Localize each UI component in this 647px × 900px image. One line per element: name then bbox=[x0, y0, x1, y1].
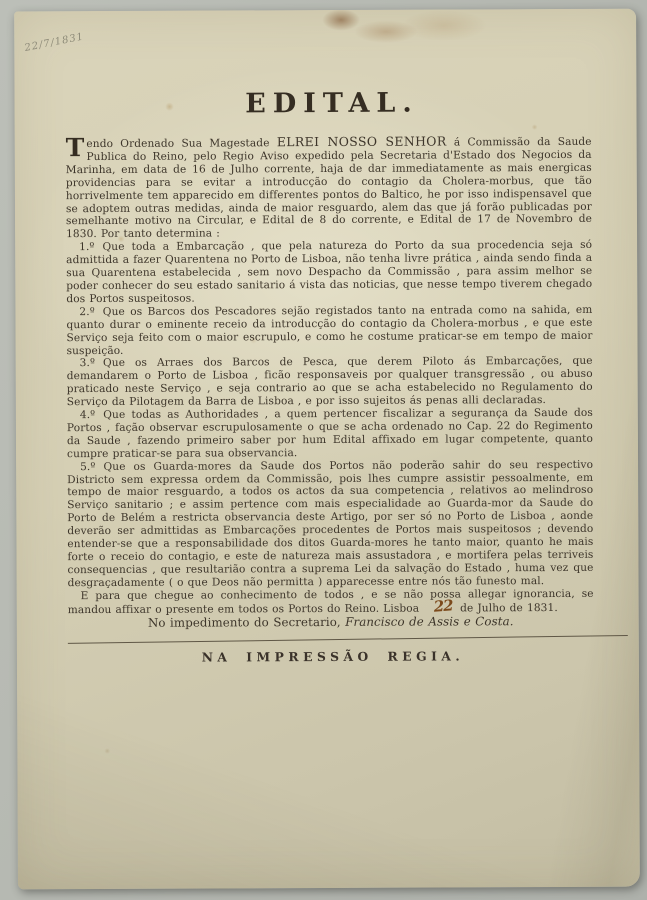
intro-paragraph: Tendo Ordenado Sua Magestade ELREI NOSSO… bbox=[66, 135, 592, 242]
signature-line: No impedimento do Secretario, Francisco … bbox=[68, 614, 594, 629]
item-text: Que os Barcos dos Pescadores sejão regis… bbox=[66, 304, 592, 357]
item-text: Que os Arraes dos Barcos de Pesca, que d… bbox=[67, 355, 593, 408]
edict-item-5: 5.ºQue os Guarda-mores da Saude dos Port… bbox=[67, 458, 594, 589]
signature-prefix: No impedimento do Secretario, bbox=[148, 614, 345, 629]
document-title: EDITAL. bbox=[65, 9, 591, 120]
item-number: 4.º bbox=[80, 409, 95, 421]
separator-rule bbox=[68, 635, 628, 644]
item-text: Que todas as Authoridades , a quem perte… bbox=[67, 407, 593, 460]
handwritten-day: 22 bbox=[421, 600, 454, 612]
document-page: 22/7/1831 EDITAL. Tendo Ordenado Sua Mag… bbox=[14, 9, 640, 890]
item-number: 3.º bbox=[80, 357, 95, 369]
photo-background: 22/7/1831 EDITAL. Tendo Ordenado Sua Mag… bbox=[0, 0, 647, 900]
closing-text-end: de Julho de 1831. bbox=[456, 602, 558, 614]
item-number: 1.º bbox=[79, 241, 94, 253]
secretary-name: Francisco de Assis e Costa. bbox=[345, 614, 513, 629]
item-text: Que toda a Embarcação , que pela naturez… bbox=[66, 239, 592, 305]
document-body: Tendo Ordenado Sua Magestade ELREI NOSSO… bbox=[66, 135, 594, 630]
edict-item-2: 2.ºQue os Barcos dos Pescadores sejão re… bbox=[66, 304, 592, 358]
edict-item-3: 3.ºQue os Arraes dos Barcos de Pesca, qu… bbox=[67, 355, 593, 409]
edict-item-1: 1.ºQue toda a Embarcação , que pela natu… bbox=[66, 239, 592, 306]
printer-imprint: NA IMPRESSÃO REGIA. bbox=[68, 648, 594, 665]
closing-paragraph: E para que chegue ao conhecimento de tod… bbox=[68, 588, 594, 617]
intro-text-rest: á Commissão da Saude Publica do Reino, p… bbox=[66, 136, 592, 241]
item-number: 5.º bbox=[80, 461, 95, 473]
document-content: EDITAL. Tendo Ordenado Sua Magestade ELR… bbox=[14, 9, 639, 666]
edict-item-4: 4.ºQue todas as Authoridades , a quem pe… bbox=[67, 407, 593, 461]
dropcap-letter: T bbox=[66, 137, 87, 158]
item-number: 2.º bbox=[79, 306, 94, 318]
intro-text-start: endo Ordenado Sua Magestade bbox=[86, 137, 276, 150]
item-text: Que os Guarda-mores da Saude dos Portos … bbox=[67, 458, 593, 588]
royal-reference: ELREI NOSSO SENHOR bbox=[277, 133, 447, 149]
